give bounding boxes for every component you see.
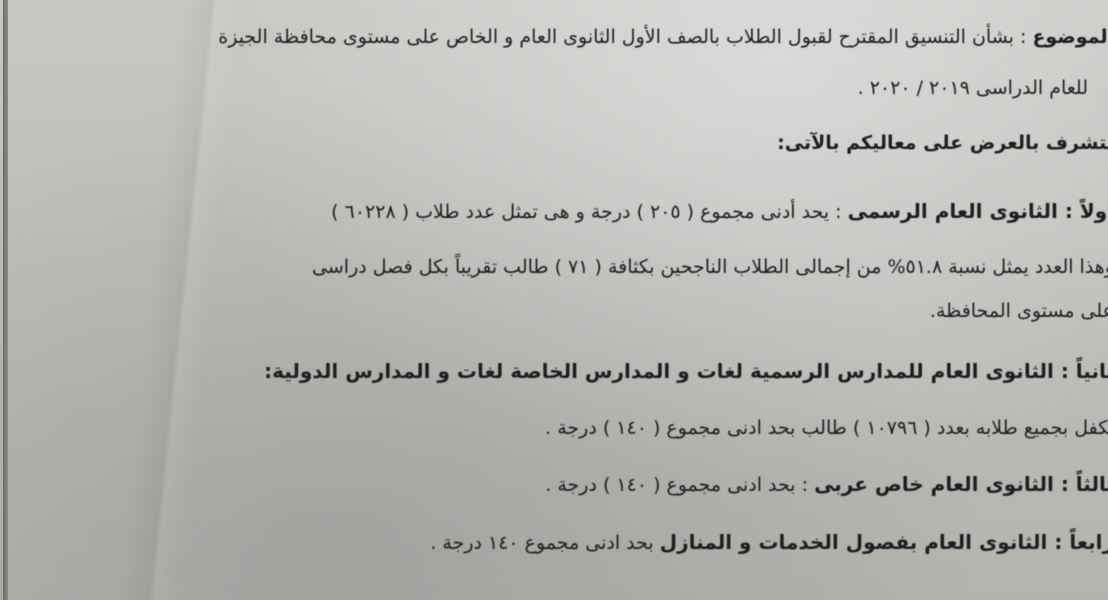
subject-text: : بشأن التنسيق المقترح لقبول الطلاب بالص…: [218, 26, 1026, 48]
section-fourth-heading: رابعاً : الثانوى العام بفصول الخدمات و ا…: [660, 530, 1108, 554]
section-fourth-text: بحد ادنى مجموع ١٤٠ درجة .: [430, 532, 653, 554]
academic-year-line: للعام الدراسى ٢٠١٩ / ٢٠٢٠ .: [858, 75, 1088, 101]
scanned-paper: الموضوع : بشأن التنسيق المقترح لقبول الط…: [0, 0, 1108, 600]
section-fourth-line: رابعاً : الثانوى العام بفصول الخدمات و ا…: [430, 529, 1108, 556]
section-first-continuation: وهذا العدد يمثل نسبة ٥١.٨% من إجمالى الط…: [312, 254, 1108, 280]
document-body: الموضوع : بشأن التنسيق المقترح لقبول الط…: [0, 0, 1108, 600]
subject-line: الموضوع : بشأن التنسيق المقترح لقبول الط…: [218, 24, 1108, 50]
section-third-line: ثالثاً : الثانوى العام خاص عربى : بحد اد…: [545, 471, 1108, 498]
section-third-heading: ثالثاً : الثانوى العام خاص عربى: [814, 472, 1108, 496]
section-first-ending: على مستوى المحافظة.: [930, 298, 1108, 324]
section-second-text: يكفل بجميع طلابه بعدد ( ١٠٧٩٦ ) طالب بحد…: [545, 415, 1108, 441]
subject-label: الموضوع: [1032, 26, 1108, 48]
section-first-heading: أولاً : الثانوى العام الرسمى: [848, 199, 1108, 223]
section-first-text: : يحد أدنى مجموع ( ٢٠٥ ) درجة و هى تمثل …: [331, 201, 841, 223]
section-first-line: أولاً : الثانوى العام الرسمى : يحد أدنى …: [331, 198, 1108, 225]
intro-line: نتشرف بالعرض على معاليكم بالآتى:: [777, 130, 1108, 156]
section-third-text: : بحد ادنى مجموع ( ١٤٠ ) درجة .: [545, 474, 808, 496]
section-second-heading: ثانياً : الثانوى العام للمدارس الرسمية ل…: [264, 358, 1108, 384]
